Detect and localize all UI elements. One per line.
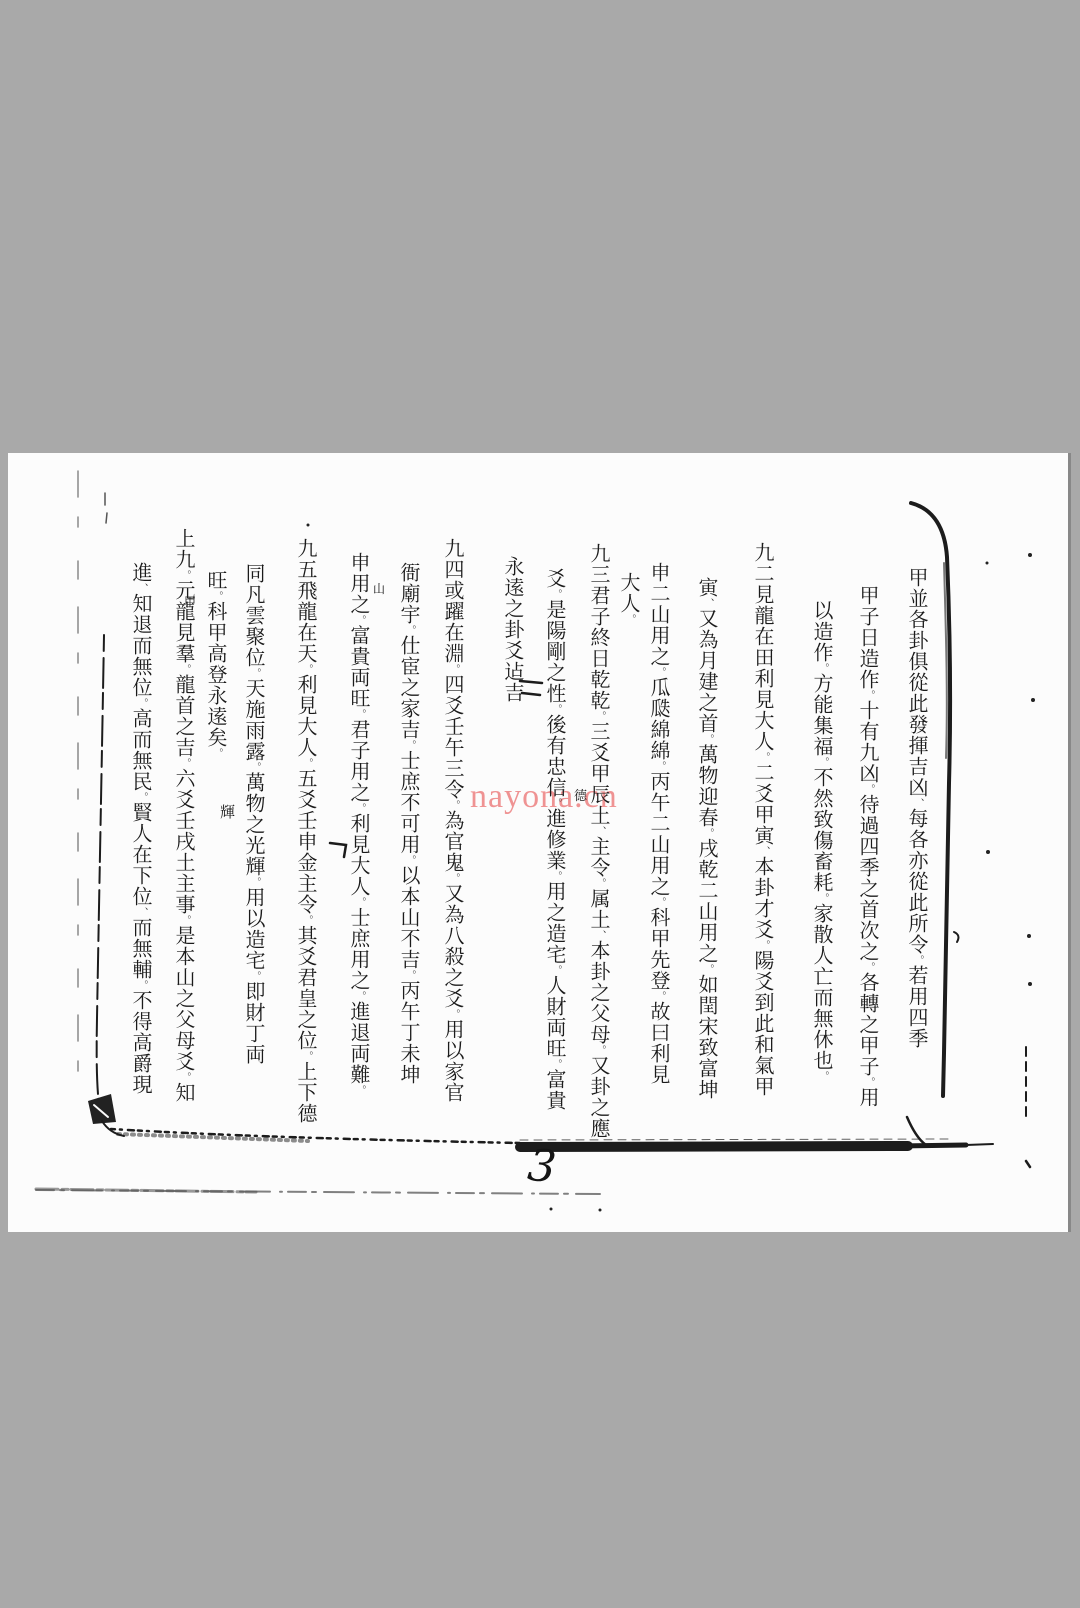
scanned-page: nayona.cn 甲並各卦俱從此發揮吉凶、每各亦從此所令。若用四季 甲子日造作… bbox=[8, 453, 1071, 1232]
text-column-2: 甲子日造作。十有九凶。待過四季之首次之。各轉之甲子。用 bbox=[848, 585, 888, 1108]
inline-correction-shan: 山 bbox=[373, 580, 385, 597]
page-corner-fold bbox=[88, 1094, 116, 1124]
text-column-9: 爻。是陽剛之性。後有忠信。進修業。用之造宅。人財両旺。富貴 bbox=[535, 568, 575, 1111]
text-column-10: 永逺之卦爻迠吉 bbox=[493, 556, 533, 703]
page-edge-left bbox=[97, 635, 104, 1121]
text-column-15: 同凡雲聚位。天施雨露。萬物之光輝。用以造宅。即財丁両 bbox=[234, 563, 274, 1065]
page-number: 3 bbox=[525, 1140, 558, 1194]
text-column-5: 寅、又為月建之首。萬物迎春。戌乾二山用之。如閏宋致富坤 bbox=[687, 577, 727, 1100]
text-column-4: 九二見龍在田利見大人。二爻甲寅、本卦才爻。陽爻到此和氣甲 bbox=[743, 542, 783, 1097]
text-column-11: 九四或躍在淵。四爻壬午三令。為官鬼。又為八殺之爻。用以家官 bbox=[433, 538, 473, 1103]
screenshot-root: { "page": { "bg_color": "#a9a9a9", "pape… bbox=[0, 0, 1080, 1608]
inline-correction-jia: 甲 bbox=[184, 593, 196, 610]
text-column-13: 申用之。富貴両旺。君子用之。利見大人。士庶用之。進退両難。 bbox=[339, 552, 379, 1095]
inline-correction-de: 德 bbox=[574, 785, 587, 804]
text-column-18: 進、知退而無位。高而無民。賢人在下位、而無輔。不得高爵現 bbox=[121, 562, 161, 1095]
text-column-17: 上九。元龍見羣。龍首之吉。六爻壬戌土主事。是本山之父母爻。知 bbox=[164, 528, 204, 1103]
text-column-1: 甲並各卦俱從此發揮吉凶、每各亦從此所令。若用四季 bbox=[897, 567, 937, 1049]
text-column-14: 九五飛龍在天。利見大人。五爻壬申金主令。其爻君皇之位。上下德 bbox=[286, 538, 326, 1124]
text-column-8: 九三君子終日乾乾。三爻甲辰土、主令。属土、本卦之父母。又卦之應 bbox=[579, 543, 619, 1139]
inline-correction-hui: 輝 bbox=[220, 801, 235, 822]
text-column-6: 申二山用之。瓜瓞綿綿。丙午二山用之。科甲先登。故曰利見 bbox=[639, 562, 679, 1085]
text-column-12: 衙廟宇。仕宦之家吉。士庶不可用。以本山不吉。丙午丁未坤 bbox=[389, 562, 429, 1085]
text-column-3: 以造作。方能集福。不然致傷畜耗。家散人亡而無休也。 bbox=[802, 600, 842, 1081]
